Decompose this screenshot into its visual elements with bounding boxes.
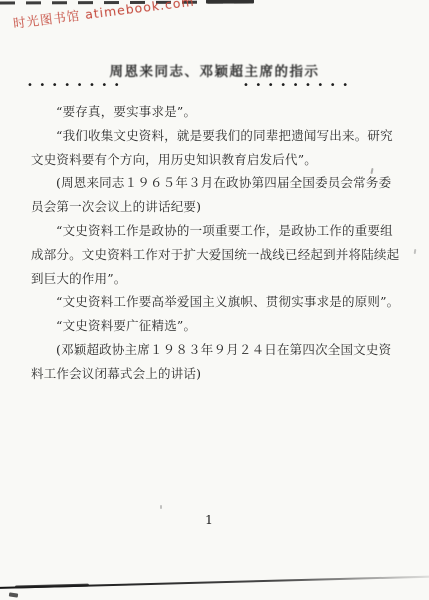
scan-mark-bottom-left [9,592,18,597]
separator-dots-right: ••••••••• [243,80,355,91]
watermark: 时光图书馆 atimebook.com [12,0,195,32]
separator-dots-left: •••••••• [27,80,126,91]
text-line: 料工作会议闭幕式会上的讲话) [31,362,397,386]
text-line: “文史资料要广征精选”。 [31,314,397,338]
scan-speck [160,505,162,509]
page-title: 周恩来同志、邓颖超主席的指示 [0,60,429,80]
text-line: (邓颖超政协主席１９８３年９月２４日在第四次全国文史资 [31,338,397,362]
text-line: “文史资料工作是政协的一项重要工作，是政协工作的重要组 [31,219,397,243]
text-line: 文史资料要有个方向，用历史知识教育启发后代”。 [31,148,397,172]
scan-speck [414,249,417,254]
scan-edge-bottom [0,576,429,589]
separator-dots: •••••••• ••••••••• [0,80,429,92]
document-body: “要存真，要实事求是”。“我们收集文史资料，就是要我们的同辈把遗闻写出来。研究文… [31,100,397,386]
text-line: (周恩来同志１９６５年３月在政协第四届全国委员会常务委 [31,171,397,195]
text-line: 成部分。文史资料工作对于扩大爱国统一战线已经起到并将陆续起 [31,243,397,267]
text-line: 员会第一次会议上的讲话纪要) [31,195,397,219]
text-line: “文史资料工作要高举爱国主义旗帜、贯彻实事求是的原则”。 [31,290,397,314]
page-number: 1 [0,512,418,527]
text-line: “要存真，要实事求是”。 [31,100,397,124]
text-line: “我们收集文史资料，就是要我们的同辈把遗闻写出来。研究 [31,124,397,148]
text-line: 到巨大的作用”。 [31,267,397,291]
scanned-page: 时光图书馆 atimebook.com 周恩来同志、邓颖超主席的指示 •••••… [0,0,429,600]
